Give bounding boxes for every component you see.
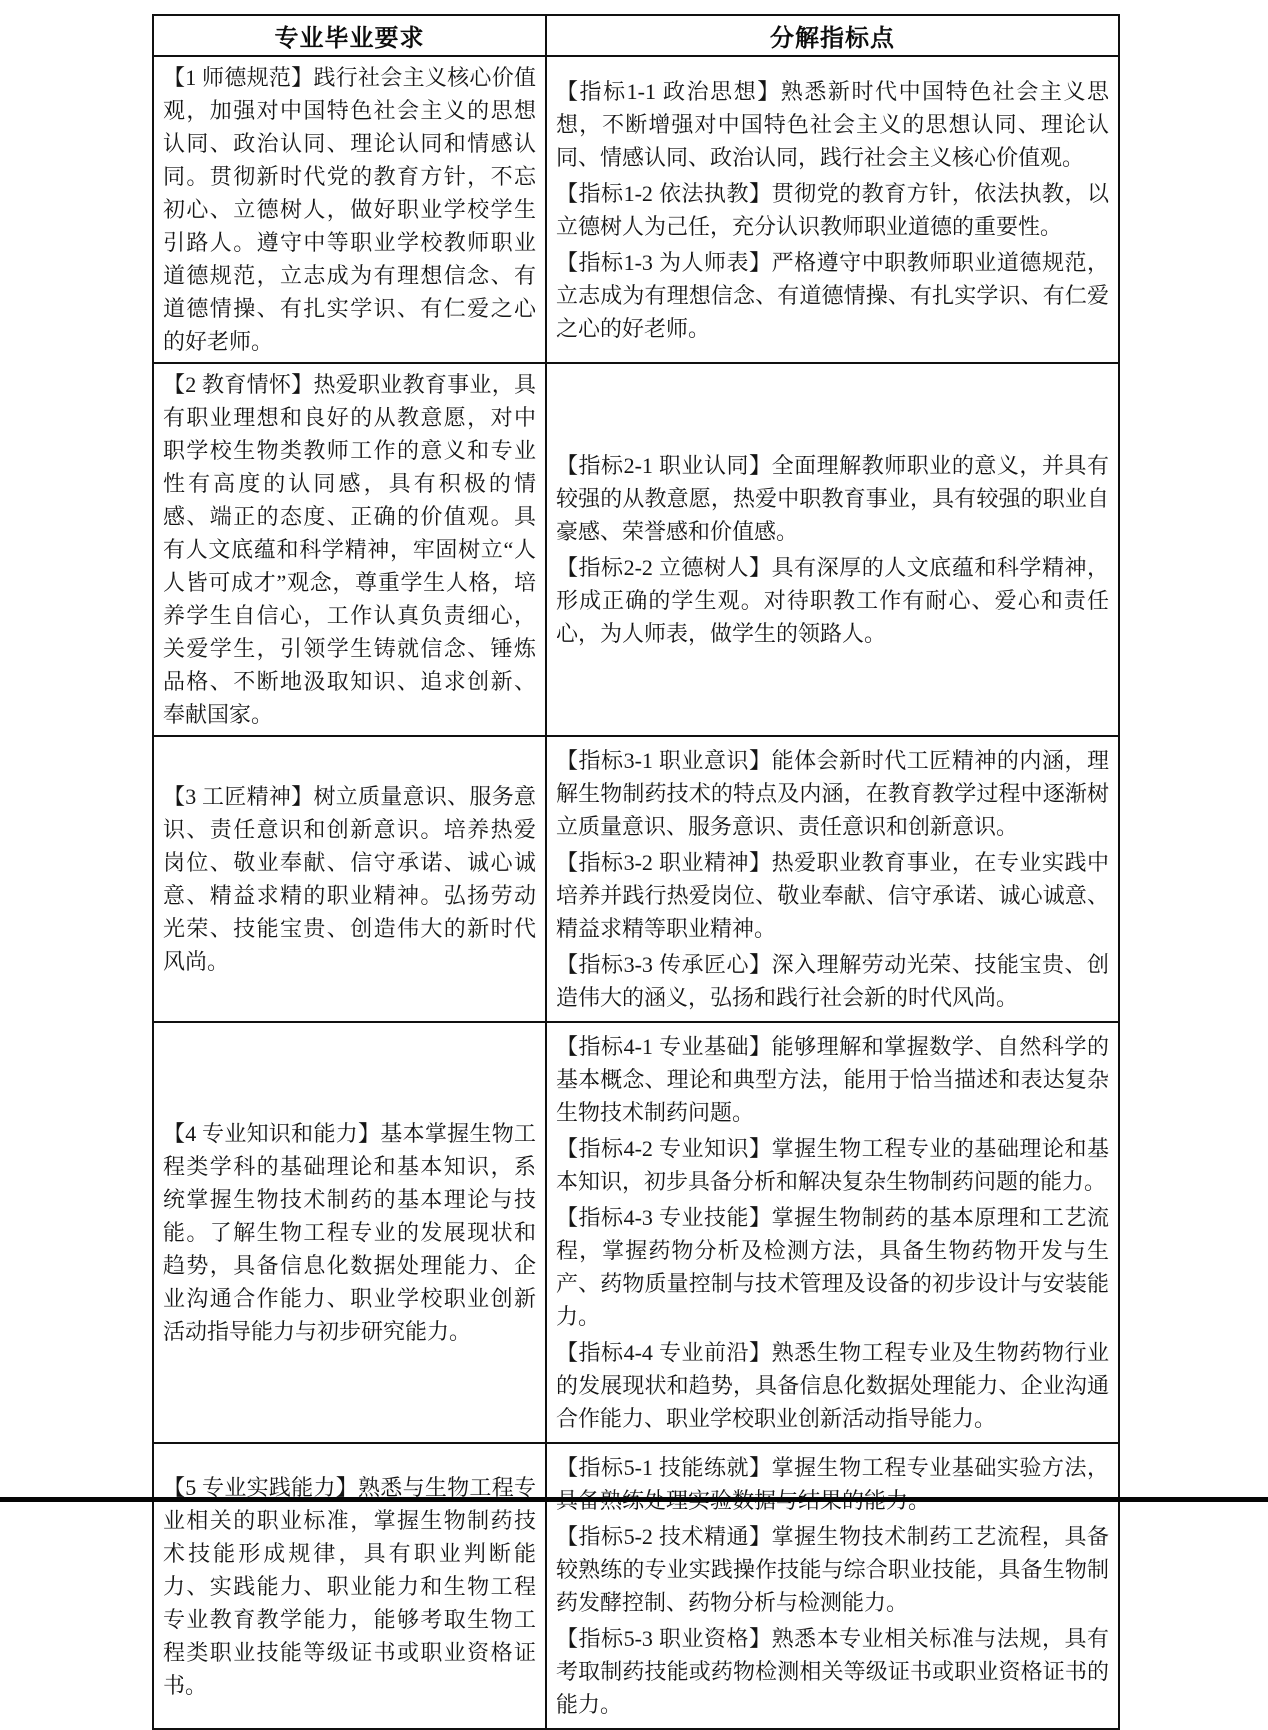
indicator-text: 【指标5-3 职业资格】熟悉本专业相关标准与法规，具有考取制药技能或药物检测相关… — [556, 1622, 1109, 1721]
requirement-text: 【2 教育情怀】热爱职业教育事业，具有职业理想和良好的从教意愿，对中职学校生物类… — [163, 368, 536, 731]
indicator-text: 【指标1-2 依法执教】贯彻党的教育方针，依法执教，以立德树人为己任，充分认识教… — [556, 177, 1109, 243]
indicators-cell: 【指标2-1 职业认同】全面理解教师职业的意义，并具有较强的从教意愿，热爱中职教… — [546, 363, 1119, 736]
table-row: 【3 工匠精神】树立质量意识、服务意识、责任意识和创新意识。培养热爱岗位、敬业奉… — [153, 736, 1119, 1022]
requirement-cell: 【1 师德规范】践行社会主义核心价值观，加强对中国特色社会主义的思想认同、政治认… — [153, 56, 546, 363]
indicators-cell: 【指标5-1 技能练就】掌握生物工程专业基础实验方法，具备熟练处理实验数据与结果… — [546, 1443, 1119, 1729]
page-bottom-rule — [0, 1497, 1268, 1502]
indicator-text: 【指标4-4 专业前沿】熟悉生物工程专业及生物药物行业的发展现状和趋势，具备信息… — [556, 1336, 1109, 1435]
indicators-cell: 【指标4-1 专业基础】能够理解和掌握数学、自然科学的基本概念、理论和典型方法，… — [546, 1022, 1119, 1443]
table-row: 【1 师德规范】践行社会主义核心价值观，加强对中国特色社会主义的思想认同、政治认… — [153, 56, 1119, 363]
column-header-indicator-points: 分解指标点 — [546, 15, 1119, 56]
header-row: 专业毕业要求 分解指标点 — [153, 15, 1119, 56]
indicator-text: 【指标1-1 政治思想】熟悉新时代中国特色社会主义思想，不断增强对中国特色社会主… — [556, 75, 1109, 174]
requirement-cell: 【4 专业知识和能力】基本掌握生物工程类学科的基础理论和基本知识，系统掌握生物技… — [153, 1022, 546, 1443]
indicators-cell: 【指标1-1 政治思想】熟悉新时代中国特色社会主义思想，不断增强对中国特色社会主… — [546, 56, 1119, 363]
table-row: 【4 专业知识和能力】基本掌握生物工程类学科的基础理论和基本知识，系统掌握生物技… — [153, 1022, 1119, 1443]
indicator-text: 【指标4-1 专业基础】能够理解和掌握数学、自然科学的基本概念、理论和典型方法，… — [556, 1030, 1109, 1129]
indicator-text: 【指标4-2 专业知识】掌握生物工程专业的基础理论和基本知识，初步具备分析和解决… — [556, 1132, 1109, 1198]
requirement-text: 【5 专业实践能力】熟悉与生物工程专业相关的职业标准，掌握生物制药技术技能形成规… — [163, 1471, 536, 1702]
indicator-text: 【指标1-3 为人师表】严格遵守中职教师职业道德规范，立志成为有理想信念、有道德… — [556, 246, 1109, 345]
indicator-text: 【指标5-2 技术精通】掌握生物技术制药工艺流程，具备较熟练的专业实践操作技能与… — [556, 1520, 1109, 1619]
table-row: 【5 专业实践能力】熟悉与生物工程专业相关的职业标准，掌握生物制药技术技能形成规… — [153, 1443, 1119, 1729]
requirement-cell: 【5 专业实践能力】熟悉与生物工程专业相关的职业标准，掌握生物制药技术技能形成规… — [153, 1443, 546, 1729]
requirement-cell: 【2 教育情怀】热爱职业教育事业，具有职业理想和良好的从教意愿，对中职学校生物类… — [153, 363, 546, 736]
indicator-text: 【指标2-1 职业认同】全面理解教师职业的意义，并具有较强的从教意愿，热爱中职教… — [556, 449, 1109, 548]
indicator-text: 【指标4-3 专业技能】掌握生物制药的基本原理和工艺流程，掌握药物分析及检测方法… — [556, 1201, 1109, 1333]
indicator-text: 【指标3-2 职业精神】热爱职业教育事业，在专业实践中培养并践行热爱岗位、敬业奉… — [556, 846, 1109, 945]
indicator-text: 【指标3-1 职业意识】能体会新时代工匠精神的内涵，理解生物制药技术的特点及内涵… — [556, 744, 1109, 843]
column-header-graduation-requirements: 专业毕业要求 — [153, 15, 546, 56]
requirement-text: 【1 师德规范】践行社会主义核心价值观，加强对中国特色社会主义的思想认同、政治认… — [163, 61, 536, 358]
requirements-indicators-table: 专业毕业要求 分解指标点 【1 师德规范】践行社会主义核心价值观，加强对中国特色… — [152, 14, 1120, 1730]
indicator-text: 【指标2-2 立德树人】具有深厚的人文底蕴和科学精神，形成正确的学生观。对待职教… — [556, 551, 1109, 650]
requirement-text: 【4 专业知识和能力】基本掌握生物工程类学科的基础理论和基本知识，系统掌握生物技… — [163, 1117, 536, 1348]
table-row: 【2 教育情怀】热爱职业教育事业，具有职业理想和良好的从教意愿，对中职学校生物类… — [153, 363, 1119, 736]
indicator-text: 【指标5-1 技能练就】掌握生物工程专业基础实验方法，具备熟练处理实验数据与结果… — [556, 1451, 1109, 1517]
document-page: 专业毕业要求 分解指标点 【1 师德规范】践行社会主义核心价值观，加强对中国特色… — [152, 14, 1120, 1730]
indicators-cell: 【指标3-1 职业意识】能体会新时代工匠精神的内涵，理解生物制药技术的特点及内涵… — [546, 736, 1119, 1022]
indicator-text: 【指标3-3 传承匠心】深入理解劳动光荣、技能宝贵、创造伟大的涵义，弘扬和践行社… — [556, 948, 1109, 1014]
requirement-text: 【3 工匠精神】树立质量意识、服务意识、责任意识和创新意识。培养热爱岗位、敬业奉… — [163, 780, 536, 978]
requirement-cell: 【3 工匠精神】树立质量意识、服务意识、责任意识和创新意识。培养热爱岗位、敬业奉… — [153, 736, 546, 1022]
